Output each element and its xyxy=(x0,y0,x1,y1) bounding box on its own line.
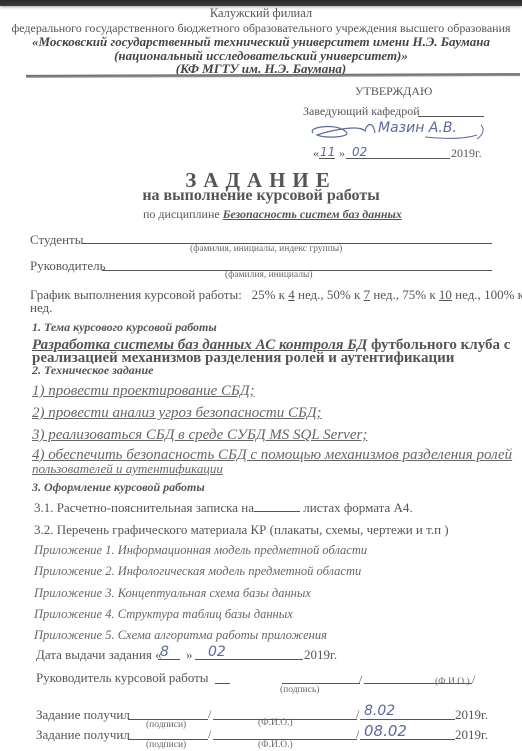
section3-heading: 3. Оформление курсовой работы xyxy=(32,480,205,495)
issue-date-label: Дата выдачи задания « xyxy=(36,647,162,663)
schedule-pct-1: 25% к xyxy=(252,287,285,302)
issue-day-line xyxy=(158,659,180,660)
received-1-fio-caption: (Ф.И.О.) xyxy=(258,718,293,728)
received-2-slash-2: / xyxy=(356,727,359,742)
issue-month-line xyxy=(195,659,303,660)
received-1-year: 2019г. xyxy=(455,707,488,723)
supervisor-sign-caption: (подпись) xyxy=(280,685,319,695)
schedule-unit-2: нед., xyxy=(373,287,399,302)
schedule-week-1: 4 xyxy=(288,287,295,302)
schedule-tail: нед. xyxy=(30,300,52,316)
schedule-pct-3: 75% к xyxy=(402,287,435,302)
head-signature-name: Мазин А.В. xyxy=(378,120,457,136)
received-2-label: Задание получил xyxy=(36,727,130,743)
received-2-date-line xyxy=(360,739,455,740)
discipline-name: Безопасность систем баз данных xyxy=(223,207,402,221)
approval-year: 2019г. xyxy=(451,146,482,161)
appendix-3: Приложение 3. Концептуальная схема базы … xyxy=(34,586,311,601)
header-divider xyxy=(26,73,520,78)
schedule-unit-1: нед., xyxy=(298,287,324,302)
issue-date-mid: » xyxy=(186,647,193,663)
issue-day: 8 xyxy=(160,644,169,660)
received-2-year: 2019г. xyxy=(455,727,488,743)
discipline-label: по дисциплине xyxy=(143,207,220,221)
section2-heading: 2. Техническое задание xyxy=(32,363,153,378)
received-2-fio-caption: (Ф.И.О.) xyxy=(258,740,293,750)
supervisor-slash-1: / xyxy=(359,672,362,687)
schedule-row: График выполнения курсовой работы: 25% к… xyxy=(30,287,522,303)
document-subtitle: на выполнение курсовой работы xyxy=(0,187,522,205)
schedule-week-2: 7 xyxy=(364,287,371,302)
supervisor-slash-2: / xyxy=(472,672,475,687)
item1-pre: 3.1. Расчетно-пояснительная записка на xyxy=(34,500,254,515)
appendix-5: Приложение 5. Схема алгоритма работы при… xyxy=(34,628,327,643)
task-1: 1) провести проектирование СБД; xyxy=(32,383,255,400)
appendix-1: Приложение 1. Информационная модель пред… xyxy=(34,543,367,558)
schedule-label: График выполнения курсовой работы: xyxy=(30,287,242,302)
item2: 3.2. Перечень графического материала КР … xyxy=(34,522,449,538)
schedule-unit-3: нед., xyxy=(455,287,481,302)
students-caption: (фамилия, инициалы, индекс группы) xyxy=(190,244,342,254)
approval-title: УТВЕРЖДАЮ xyxy=(355,84,432,99)
item1-post: листах формата А4. xyxy=(303,500,412,515)
approval-day-line xyxy=(319,158,335,159)
section1-heading: 1. Тема курсового курсовой работы xyxy=(32,320,217,335)
received-1-date-line xyxy=(360,719,455,720)
supervisor-signature-label: Руководитель курсовой работы xyxy=(36,670,209,686)
supervisor-sign-field[interactable] xyxy=(282,683,360,684)
task-3: 3) реализоваться СБД в среде СУБД MS SQL… xyxy=(32,427,367,444)
students-label: Студенты xyxy=(30,232,83,248)
supervisor-fio-caption: (Ф.И.О.) xyxy=(435,677,470,687)
schedule-pct-2: 50% к xyxy=(327,287,360,302)
supervisor-caption: (фамилия, инициалы) xyxy=(225,270,313,280)
task-2: 2) провести анализ угроз безопасности СБ… xyxy=(32,405,322,422)
branch-name: Калужский филиал xyxy=(0,6,522,21)
supervisor-dash xyxy=(215,683,230,684)
received-1-slash-2: / xyxy=(356,707,359,722)
received-1-sign-caption: (подписи) xyxy=(146,720,186,730)
schedule-pct-4: 100% к xyxy=(484,287,522,302)
issue-month: 02 xyxy=(208,644,226,660)
received-2-date: 08.02 xyxy=(364,722,407,740)
supervisor-label: Руководитель xyxy=(30,258,106,274)
approval-month-line xyxy=(346,158,450,159)
appendix-4: Приложение 4. Структура таблиц базы данн… xyxy=(34,607,293,622)
approval-month: 02 xyxy=(352,145,367,159)
received-2-sign-caption: (подписи) xyxy=(146,740,186,750)
received-1-label: Задание получил xyxy=(36,707,130,723)
schedule-week-3: 10 xyxy=(439,287,452,302)
received-2-slash-1: / xyxy=(208,727,211,742)
task-4-cont: пользователей и аутентификации xyxy=(32,461,223,477)
issue-year: 2019г. xyxy=(304,647,337,663)
received-1-slash-1: / xyxy=(208,707,211,722)
received-1-date: 8.02 xyxy=(364,703,395,719)
approval-date-mid: » xyxy=(339,146,345,161)
appendix-2: Приложение 2. Инфологическая модель пред… xyxy=(34,564,361,579)
pages-count-field[interactable] xyxy=(254,511,300,512)
approval-day: 11 xyxy=(320,145,335,159)
